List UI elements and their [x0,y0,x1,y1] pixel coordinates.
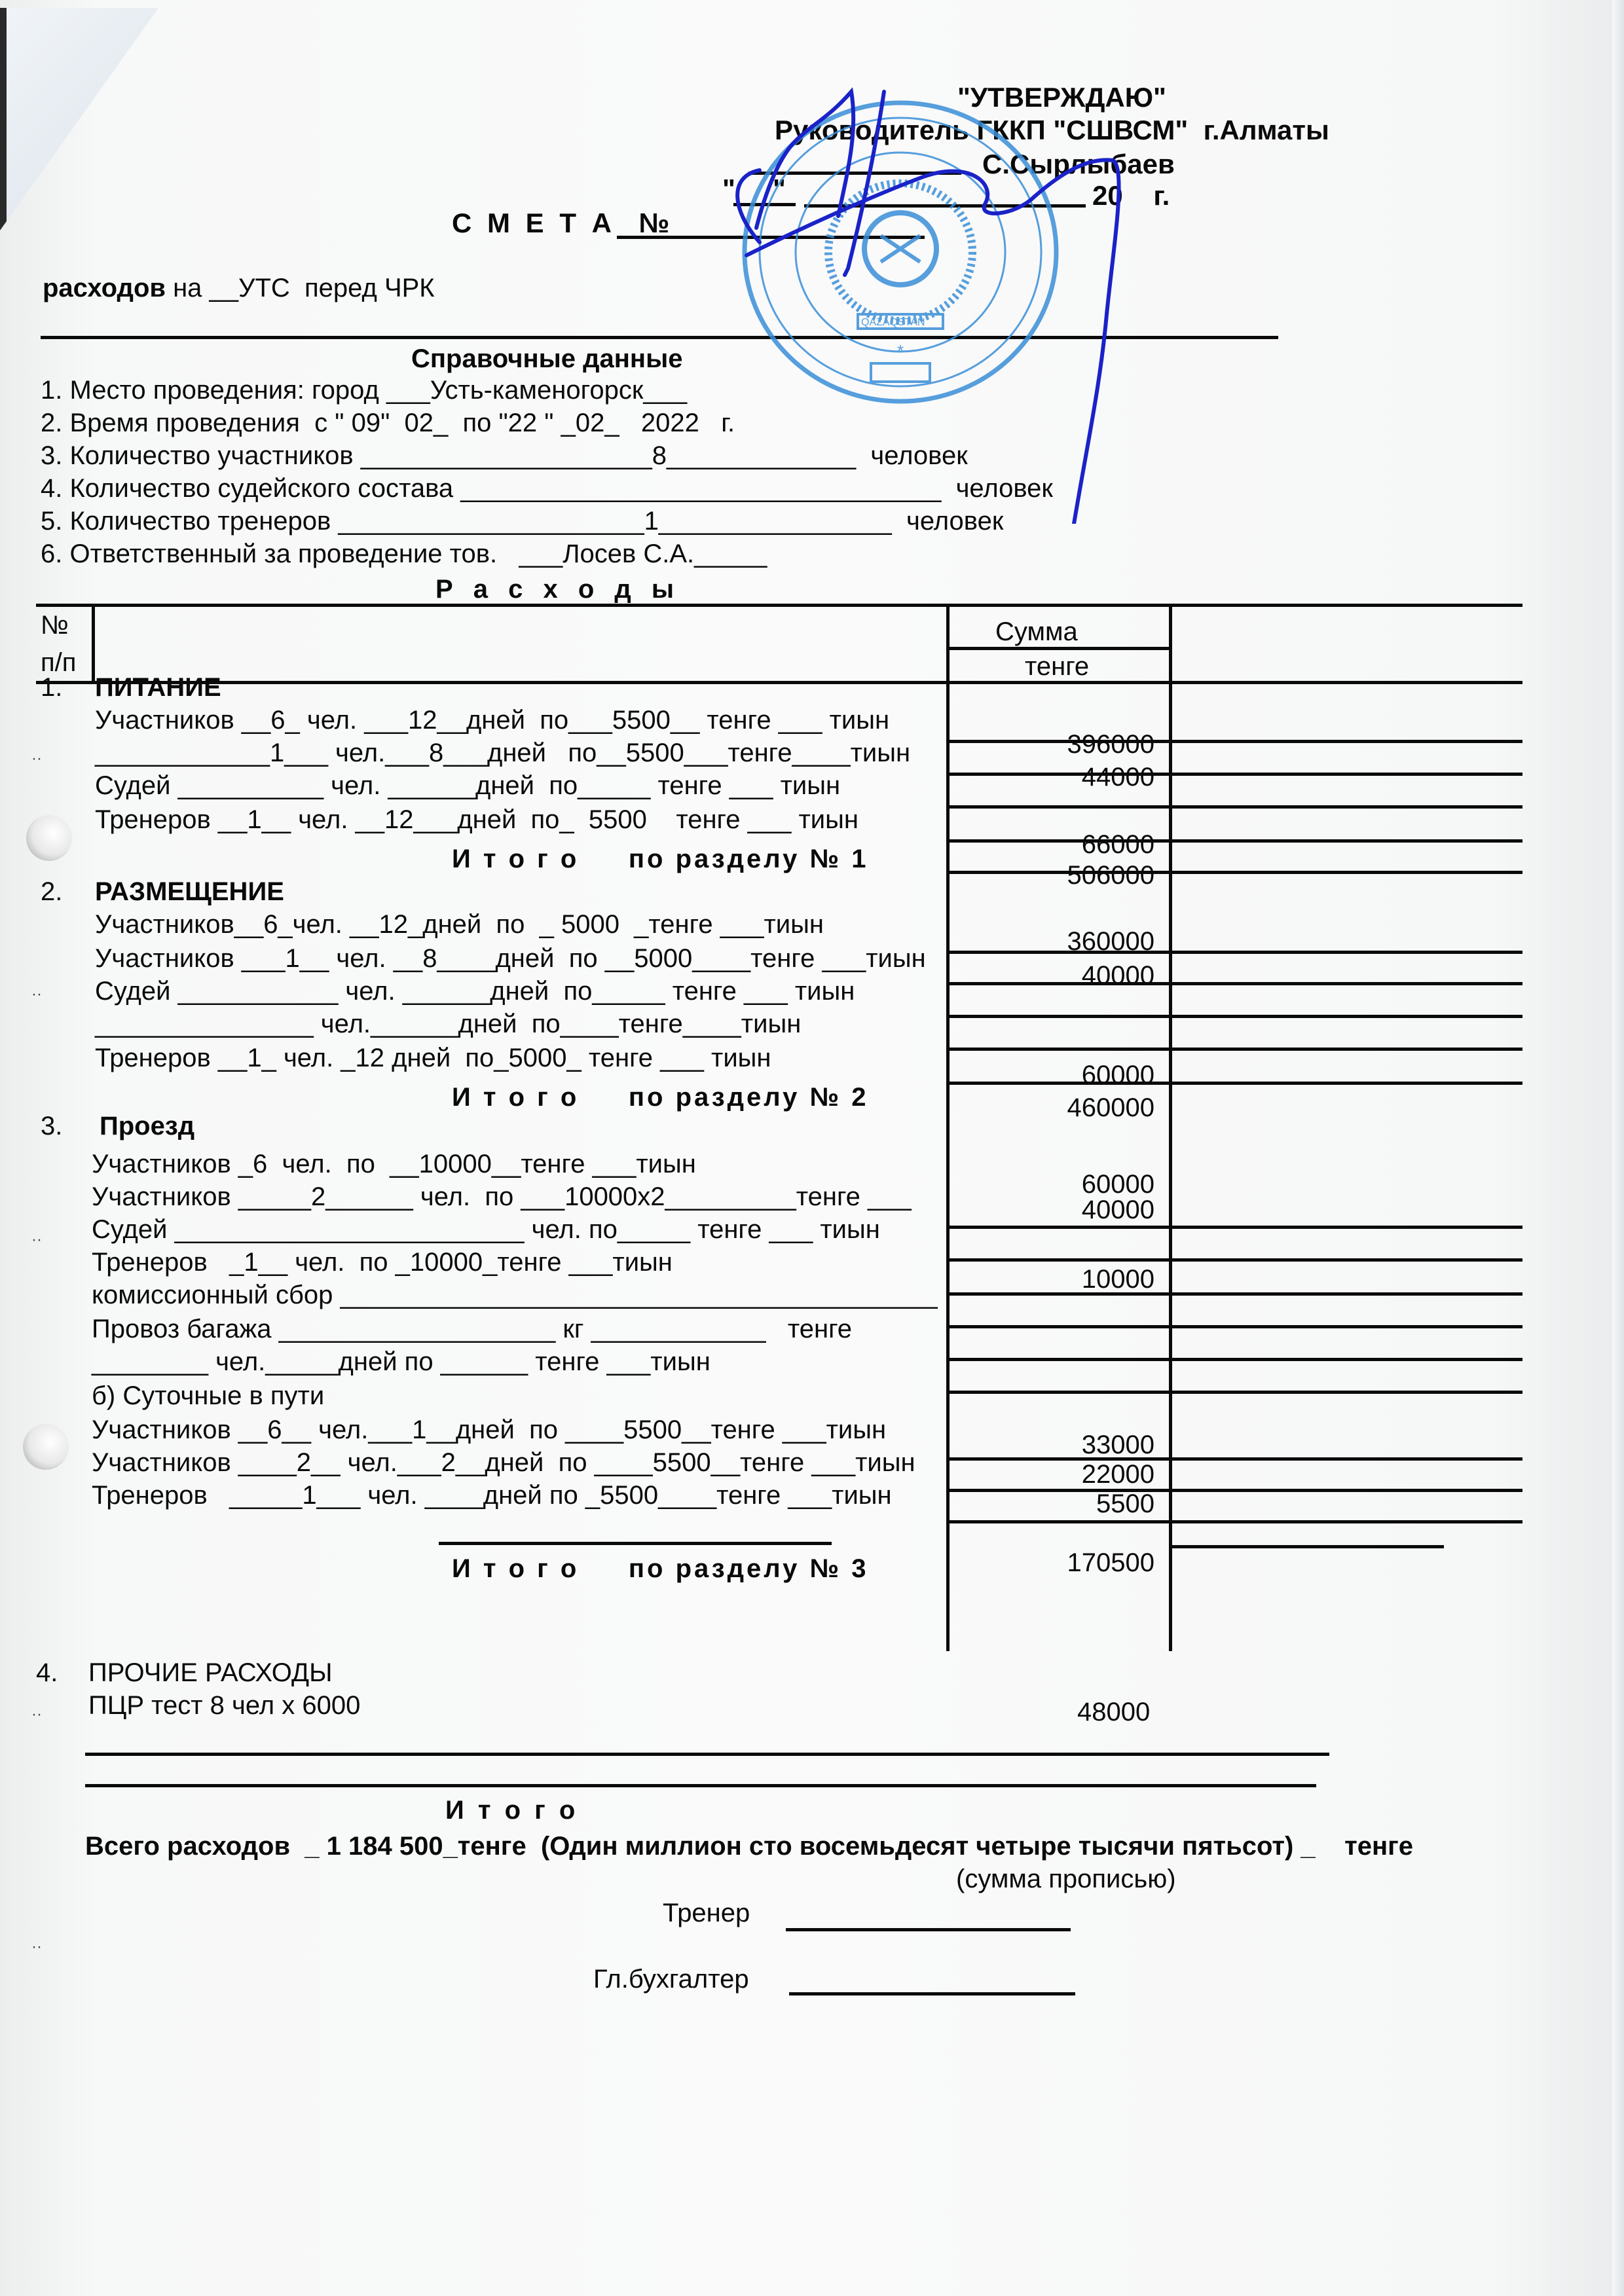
amount-cell: 396000 [1067,730,1154,759]
handwritten-signature-icon [720,79,1179,524]
ref-item-dates: 2. Время проведения с " 09" 02_ по "22 "… [41,410,735,436]
table-row-rule [946,1358,1522,1361]
section-3-sub-row: Участников ____2__ чел.___2__дней по ___… [92,1449,915,1476]
section-1-row: Судей __________ чел. ______дней по_____… [95,773,840,799]
punch-hole [26,815,72,861]
section-3-row: Участников _____2______ чел. по ___10000… [92,1184,912,1210]
section-2-row: Участников ___1__ чел. __8____дней по __… [95,945,926,972]
coach-signature-label: Тренер [663,1900,750,1926]
table-row-rule [946,740,1522,743]
section-4-row: ПЦР тест 8 чел х 6000 [88,1692,360,1719]
table-row-rule [946,951,1522,954]
amount-cell: 5500 [1096,1489,1154,1519]
grand-total-heading: И т о г о [445,1797,578,1823]
section-3-title: Проезд [100,1113,194,1139]
punch-hole [23,1424,69,1470]
amount-cell: 60000 [1082,1061,1154,1090]
section-total-cell: 460000 [1067,1093,1154,1123]
section-1-row: Тренеров __1__ чел. __12___дней по_ 5500… [95,807,858,833]
table-row-rule [946,1457,1522,1461]
section-3-row: Провоз багажа ___________________ кг ___… [92,1316,852,1342]
section-4-num: 4. [36,1660,58,1686]
col-header-num: № [41,612,69,638]
margin-mark: ·· [31,1231,42,1249]
amount-cell: 66000 [1082,830,1154,860]
amount-cell: 40000 [1082,961,1154,991]
expenses-heading: Р а с х о д ы [435,576,680,602]
ref-item-responsible: 6. Ответственный за проведение тов. ___Л… [41,541,767,567]
table-header-rule [36,681,1522,684]
ref-item-place: 1. Место проведения: город ___Усть-камен… [41,377,687,403]
section-2-total-label: И т о г о по разделу № 2 [452,1084,868,1110]
margin-mark: ·· [31,985,42,1004]
section-3-total-rule-right [1172,1545,1444,1548]
section-3-subsection: б) Суточные в пути [92,1383,324,1409]
table-row-rule [946,1292,1522,1296]
section-2-row: _______________ чел.______дней по____тен… [95,1011,801,1037]
section-3-row: Участников _6 чел. по __10000__тенге ___… [92,1151,696,1177]
table-row-rule [946,1391,1522,1394]
grand-total-line: Всего расходов _ 1 184 500_тенге (Один м… [85,1833,1413,1859]
table-row-rule [946,1048,1522,1051]
table-row-rule [946,871,1522,874]
amount-cell: 33000 [1082,1430,1154,1460]
amount-cell: 44000 [1082,763,1154,792]
section-3-sub-row: Тренеров _____1___ чел. ____дней по _550… [92,1482,892,1508]
section-3-total-rule [439,1542,832,1545]
section-2-row: Участников__6_чел. __12_дней по _ 5000 _… [95,911,824,938]
section-2-num: 2. [41,879,62,905]
table-top-rule [36,604,1522,607]
table-row-rule [946,1258,1522,1262]
document-title: С М Е Т А № [452,210,673,237]
margin-mark: ·· [31,1705,42,1724]
table-row-rule [946,773,1522,776]
section-4-title: ПРОЧИЕ РАСХОДЫ [88,1660,333,1686]
table-row-rule [946,1015,1522,1018]
section-1-num: 1. [41,674,62,701]
page-edge [1612,0,1624,2296]
accountant-signature-line[interactable] [789,1992,1075,1995]
section-3-total-label: И т о г о по разделу № 3 [452,1556,868,1582]
section-total-cell: 506000 [1067,861,1154,890]
section-3-row: комиссионный сбор ______________________… [92,1282,938,1308]
amount-cell: 22000 [1082,1460,1154,1489]
section-2-row: Тренеров __1_ чел. _12 дней по_5000_ тен… [95,1045,771,1071]
section-2-row: Судей ___________ чел. ______дней по____… [95,978,855,1004]
coach-signature-line[interactable] [786,1928,1071,1931]
table-row-rule [946,1489,1522,1492]
folded-corner [0,8,158,230]
document-page: ·· ·· ·· ·· ·· "УТВЕРЖДАЮ" Руководитель … [0,0,1624,2296]
section-3-row: Тренеров _1__ чел. по _10000_тенге ___ти… [92,1249,673,1275]
table-row-rule [946,1226,1522,1229]
table-row-rule [946,982,1522,985]
table-row-rule [946,1325,1522,1328]
margin-mark: ·· [31,1938,42,1956]
section-total-cell: 170500 [1067,1548,1154,1578]
section-1-total-label: И т о г о по разделу № 1 [452,846,868,872]
purpose-line: расходов на __УТС перед ЧРК [43,275,435,301]
reference-heading: Справочные данные [411,346,683,372]
amount-words-caption: (сумма прописью) [956,1866,1176,1892]
section-1-row: Участников __6_ чел. ___12__дней по___55… [95,707,889,733]
section-2-title: РАЗМЕЩЕНИЕ [95,879,284,905]
section-1-title: ПИТАНИЕ [95,674,221,701]
accountant-signature-label: Гл.бухгалтер [593,1966,749,1992]
table-row-rule [946,839,1522,843]
col-header-num2: п/п [41,649,76,676]
table-row-rule [946,1082,1522,1085]
section-3-num: 3. [41,1113,62,1139]
section-3-row: ________ чел._____дней по ______ тенге _… [92,1349,710,1375]
num-col-divider [92,604,95,682]
section-1-row: ____________1___ чел.___8___дней по__550… [95,740,910,766]
section-3-sub-row: Участников __6__ чел.___1__дней по ____5… [92,1417,886,1443]
table-row-rule [946,1520,1522,1523]
section-3-row: Судей ________________________ чел. по__… [92,1216,880,1243]
margin-mark: ·· [31,750,42,768]
amount-cell: 40000 [1082,1195,1154,1225]
amount-cell: 10000 [1082,1265,1154,1294]
sum-col-right-border [1169,604,1172,1651]
table-row-rule [946,805,1522,809]
